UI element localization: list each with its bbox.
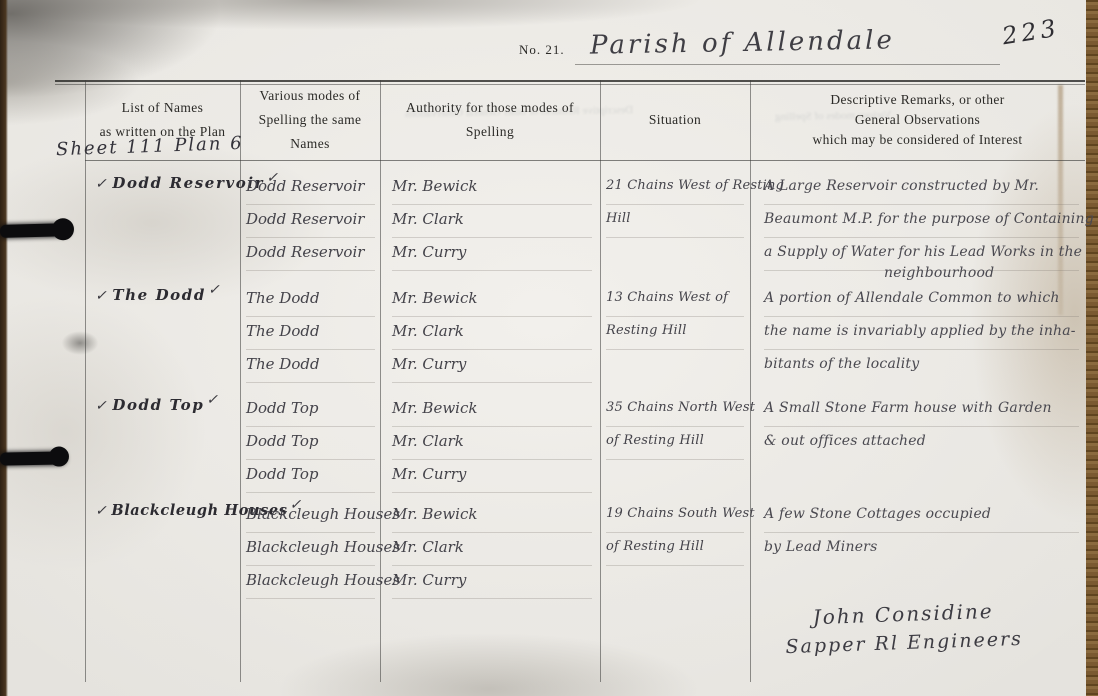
table-header-row: List of Names as written on the Plan Var… [85, 80, 1085, 160]
form-number: No. 21. [519, 42, 565, 58]
header-text: Descriptive Remarks, or other [830, 90, 1004, 110]
spelling-entry: Blackcleugh Houses [246, 566, 375, 599]
situation-line: Hill [606, 205, 744, 238]
check-mark: ✓ [95, 503, 107, 519]
situation-line: of Resting Hill [606, 427, 744, 460]
cell-spellings: Blackcleugh Houses Blackcleugh Houses Bl… [240, 500, 380, 599]
table-row: ✓Dodd Reservoir✓ Dodd Reservoir Dodd Res… [85, 172, 1085, 287]
header-bottom-rule [85, 160, 1085, 161]
spelling-entry: The Dodd [246, 284, 375, 317]
authority-entry: Mr. Bewick [392, 172, 592, 205]
name-book-table: List of Names as written on the Plan Var… [85, 80, 1085, 682]
authority-entry: Mr. Bewick [392, 500, 592, 533]
authority-entry: Mr. Clark [392, 205, 592, 238]
header-authority: Authority for those modes of Spelling [380, 80, 600, 160]
signature-rank: Sapper Rl Engineers [785, 628, 1023, 658]
header-situation: Situation [600, 80, 750, 160]
remark-line: A Large Reservoir constructed by Mr. [764, 172, 1079, 205]
table-row: ✓Blackcleugh Houses✓ Blackcleugh Houses … [85, 500, 1085, 599]
plan-name: The Dodd [112, 286, 206, 304]
spelling-entry: Dodd Top [246, 394, 375, 427]
cell-spellings: Dodd Reservoir Dodd Reservoir Dodd Reser… [240, 172, 380, 287]
cell-authorities: Mr. Bewick Mr. Clark Mr. Curry [380, 394, 600, 493]
header-text: Spelling the same Names [240, 108, 380, 156]
check-mark: ✓ [208, 282, 221, 298]
cell-name: ✓Dodd Top✓ [85, 394, 240, 493]
surveyor-signature: John Considine Sapper Rl Engineers [784, 598, 1023, 658]
spelling-entry: Dodd Top [246, 460, 375, 493]
authority-entry: Mr. Curry [392, 566, 592, 599]
cell-remarks: A Large Reservoir constructed by Mr. Bea… [750, 172, 1085, 287]
spelling-entry: Blackcleugh Houses [246, 500, 375, 533]
binding-tape-mark [0, 451, 66, 465]
authority-entry: Mr. Clark [392, 533, 592, 566]
parish-title: Parish of Allendale [590, 25, 895, 60]
remark-line: the name is invariably applied by the in… [764, 317, 1079, 350]
authority-entry: Mr. Clark [392, 317, 592, 350]
cell-authorities: Mr. Bewick Mr. Clark Mr. Curry [380, 284, 600, 383]
authority-entry: Mr. Curry [392, 460, 592, 493]
header-text: Various modes of [260, 84, 361, 108]
header-text: as written on the Plan [100, 120, 226, 144]
binding-edge [0, 0, 8, 696]
remark-line: A few Stone Cottages occupied [764, 500, 1079, 533]
spelling-entry: Dodd Reservoir [246, 238, 375, 271]
cell-situation: 13 Chains West of Resting Hill [600, 284, 750, 383]
situation-line: 21 Chains West of Resting [606, 172, 744, 205]
page-number: 223 [1000, 14, 1061, 51]
situation-line: 13 Chains West of [606, 284, 744, 317]
remark-line: Beaumont M.P. for the purpose of Contain… [764, 205, 1079, 238]
cell-situation: 19 Chains South West of Resting Hill [600, 500, 750, 599]
situation-line: Resting Hill [606, 317, 744, 350]
authority-entry: Mr. Clark [392, 427, 592, 460]
cell-name: ✓Blackcleugh Houses✓ [85, 500, 240, 599]
situation-line: 19 Chains South West [606, 500, 744, 533]
cell-authorities: Mr. Bewick Mr. Clark Mr. Curry [380, 172, 600, 287]
authority-entry: Mr. Curry [392, 238, 592, 271]
cell-spellings: The Dodd The Dodd The Dodd [240, 284, 380, 383]
spelling-entry: The Dodd [246, 317, 375, 350]
spelling-entry: The Dodd [246, 350, 375, 383]
cell-situation: 21 Chains West of Resting Hill [600, 172, 750, 287]
header-list-of-names: List of Names as written on the Plan [85, 80, 240, 160]
cell-name: ✓Dodd Reservoir✓ [85, 172, 240, 287]
check-mark: ✓ [289, 497, 301, 513]
table-row: ✓Dodd Top✓ Dodd Top Dodd Top Dodd Top Mr… [85, 394, 1085, 493]
signature-name: John Considine [784, 598, 1022, 630]
table-row: ✓The Dodd✓ The Dodd The Dodd The Dodd Mr… [85, 284, 1085, 383]
binding-tape-mark [0, 223, 70, 238]
header-modes-of-spelling: Various modes of Spelling the same Names [240, 80, 380, 160]
remark-line: A portion of Allendale Common to which [764, 284, 1079, 317]
situation-line: 35 Chains North West [606, 394, 744, 427]
cell-remarks: A portion of Allendale Common to which t… [750, 284, 1085, 383]
ink-bleedthrough: Various modes of Spelling [775, 109, 892, 123]
authority-entry: Mr. Curry [392, 350, 592, 383]
spelling-entry: Dodd Top [246, 427, 375, 460]
check-mark: ✓ [95, 288, 108, 304]
cell-remarks: A few Stone Cottages occupied by Lead Mi… [750, 500, 1085, 599]
cell-spellings: Dodd Top Dodd Top Dodd Top [240, 394, 380, 493]
title-underline [575, 64, 1000, 65]
remark-line: & out offices attached [764, 427, 1079, 459]
check-mark: ✓ [95, 176, 108, 192]
check-mark: ✓ [95, 398, 108, 414]
spelling-entry: Blackcleugh Houses [246, 533, 375, 566]
cell-name: ✓The Dodd✓ [85, 284, 240, 383]
check-mark: ✓ [266, 170, 279, 186]
cell-remarks: A Small Stone Farm house with Garden & o… [750, 394, 1085, 493]
remark-line: A Small Stone Farm house with Garden [764, 394, 1079, 427]
check-mark: ✓ [206, 392, 219, 408]
header-text: which may be considered of Interest [812, 130, 1022, 150]
header-text: List of Names [122, 96, 204, 120]
cell-authorities: Mr. Bewick Mr. Clark Mr. Curry [380, 500, 600, 599]
plan-name: Dodd Top [112, 396, 204, 414]
cell-situation: 35 Chains North West of Resting Hill [600, 394, 750, 493]
remark-line: bitants of the locality [764, 350, 1079, 382]
authority-entry: Mr. Bewick [392, 394, 592, 427]
header-text: Spelling [466, 120, 514, 144]
situation-line: of Resting Hill [606, 533, 744, 566]
remark-line: by Lead Miners [764, 533, 1079, 565]
scanned-page: No. 21. Parish of Allendale 223 Sheet 11… [0, 0, 1086, 696]
spelling-entry: Dodd Reservoir [246, 205, 375, 238]
authority-entry: Mr. Bewick [392, 284, 592, 317]
header-text: Situation [649, 108, 701, 132]
